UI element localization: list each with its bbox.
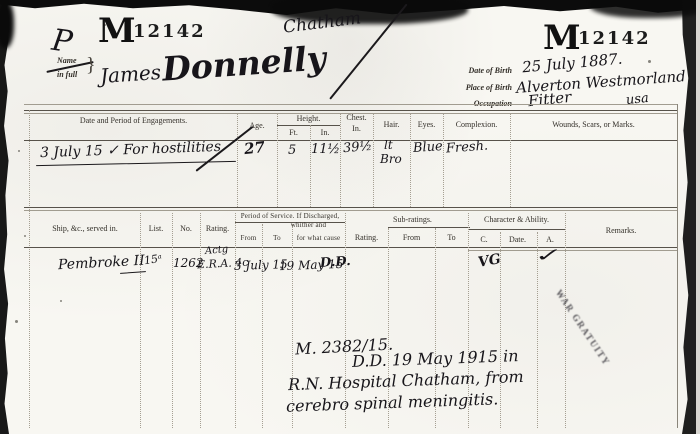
hair-entry-line1: lt <box>384 138 393 152</box>
corner-pen-mark: P <box>50 23 75 60</box>
engagement-entry: 3 July 15 ✓ For hostilities <box>40 139 222 161</box>
period-group-header-line1: Period of Service. If Discharged, <box>233 212 347 220</box>
column-rule <box>565 213 566 428</box>
occupation-note: usa <box>625 91 649 108</box>
name-label-brace: } <box>86 54 96 77</box>
list-col-header: List. <box>140 224 172 233</box>
eyes-col-header: Eyes. <box>410 120 443 129</box>
record-number-left: 12142 <box>133 23 206 41</box>
eyes-entry: Blue <box>413 139 444 156</box>
ship-col-header: Ship, &c., served in. <box>30 224 140 233</box>
noise-speck <box>15 320 18 323</box>
scan-edge-right <box>682 0 696 434</box>
column-rule <box>140 213 141 428</box>
scan-gutter-right <box>696 0 700 434</box>
engagements-col-header: Date and Period of Engagements. <box>30 116 237 125</box>
height-in-col-header: In. <box>310 128 340 137</box>
rating-col-header: Rating. <box>200 224 235 233</box>
scan-edge-left-blob <box>0 0 14 48</box>
rule <box>388 227 470 228</box>
column-rule <box>29 110 30 428</box>
war-gratuity-stamp: WAR GRATUITY <box>554 288 641 410</box>
rule <box>24 104 677 105</box>
rule <box>24 210 677 211</box>
column-rule <box>677 104 678 428</box>
period-from-col-header: From <box>235 234 262 242</box>
record-number-prefix-right: M <box>543 21 581 55</box>
rule <box>24 247 677 248</box>
noise-speck <box>18 150 20 152</box>
chest-col-header-line2: In. <box>340 124 373 133</box>
character-ability-group-header: Character & Ability. <box>468 215 565 224</box>
rule <box>468 229 565 230</box>
character-a-col-header: A. <box>537 235 563 244</box>
column-rule <box>172 213 173 428</box>
discharge-cause-entry: D.D. <box>320 254 352 271</box>
surname-value: Donnelly <box>161 38 327 88</box>
note-death-line3: cerebro spinal meningitis. <box>286 389 499 415</box>
column-rule <box>262 224 263 428</box>
noise-speck <box>24 235 26 237</box>
name-label-line1: Name <box>57 56 77 65</box>
date-of-birth-label: Date of Birth <box>448 66 512 75</box>
noise-speck <box>648 60 651 63</box>
chest-col-header-line1: Chest. <box>340 113 373 122</box>
height-ft-col-header: Ft. <box>277 128 310 137</box>
age-col-header: Age. <box>237 121 277 130</box>
complexion-col-header: Complexion. <box>443 120 510 129</box>
list-entry: 15ᵃ <box>143 252 163 267</box>
hair-col-header: Hair. <box>373 120 410 129</box>
chest-entry: 39½ <box>342 139 372 156</box>
place-of-birth-label: Place of Birth <box>444 83 512 92</box>
rule <box>24 207 677 208</box>
subrating-from-col-header: From <box>388 233 435 242</box>
complexion-entry: Fresh. <box>446 139 489 157</box>
period-group-header-line3: for what cause <box>290 234 347 242</box>
noise-speck <box>60 300 62 302</box>
rule <box>24 110 677 111</box>
record-number-right: 12142 <box>578 30 651 48</box>
column-rule <box>200 213 201 428</box>
subrating-rating-col-header: Rating. <box>345 233 388 242</box>
scanned-service-record-card: P M 12142 Chatham M 12142 Name in full }… <box>0 0 700 434</box>
subratings-group-header: Sub-ratings. <box>355 215 470 224</box>
rating-entry-line1: Actg <box>205 244 229 257</box>
rule <box>277 125 340 126</box>
period-to-col-header: To <box>262 234 292 242</box>
height-ft-entry: 5 <box>288 143 296 158</box>
no-col-header: No. <box>172 224 200 233</box>
ship-entry: Pembroke II <box>58 253 145 274</box>
hair-entry-line2: Bro <box>380 152 402 166</box>
subrating-to-col-header: To <box>435 233 468 242</box>
character-c-col-header: C. <box>470 235 498 244</box>
period-group-header-line2: whither and <box>270 221 347 229</box>
age-entry: 27 <box>243 138 266 158</box>
scan-edge-left <box>0 0 9 434</box>
occupation-value: Fitter <box>527 88 572 110</box>
character-entry: VG <box>477 251 502 271</box>
record-number-prefix-left: M <box>98 14 136 48</box>
name-label-line2: in full <box>57 70 77 79</box>
pen-underline-ship <box>120 271 146 274</box>
column-rule <box>310 125 311 207</box>
wounds-col-header: Wounds, Scars, or Marks. <box>510 120 677 129</box>
height-in-entry: 11½ <box>311 142 340 157</box>
character-date-col-header: Date. <box>498 235 537 244</box>
remarks-col-header: Remarks. <box>565 226 677 235</box>
height-col-header: Height. <box>277 114 340 123</box>
first-name-value: James <box>99 60 162 88</box>
column-rule <box>235 213 236 428</box>
